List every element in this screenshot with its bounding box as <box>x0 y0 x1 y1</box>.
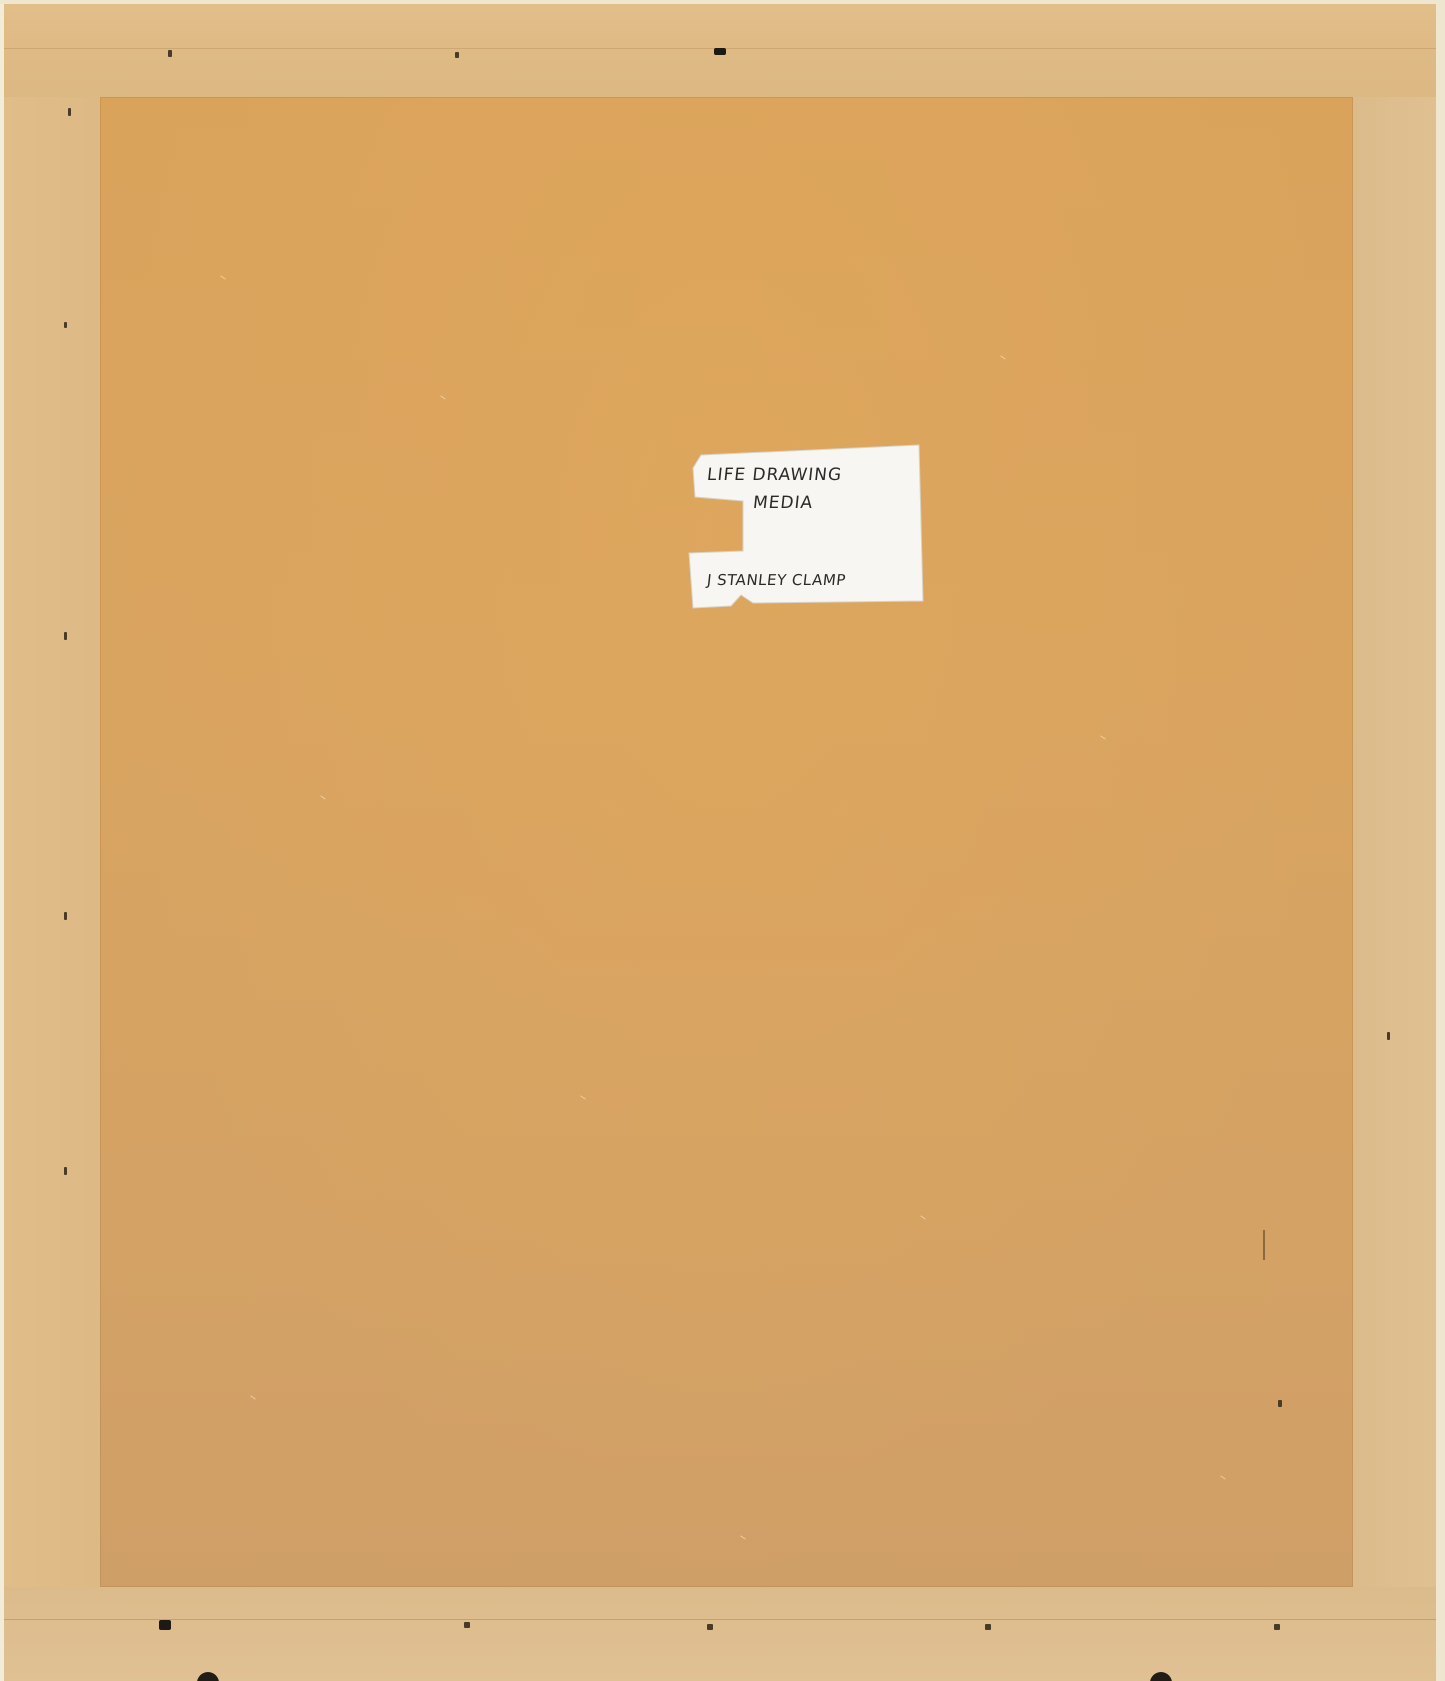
tape-seam <box>4 1619 1436 1620</box>
fiber-fleck <box>740 1535 745 1539</box>
tack <box>64 322 67 328</box>
label-medium: MEDIA <box>752 493 814 513</box>
tack <box>1274 1624 1280 1630</box>
fiber-fleck <box>220 275 225 279</box>
handwritten-label: LIFE DRAWING MEDIA J STANLEY CLAMP <box>683 443 925 610</box>
fiber-fleck <box>1100 735 1105 739</box>
tack <box>64 632 67 640</box>
tack <box>1278 1400 1282 1407</box>
fiber-fleck <box>250 1395 255 1399</box>
hardboard-backing <box>100 97 1353 1587</box>
fiber-fleck <box>320 795 325 799</box>
tack <box>64 1167 67 1175</box>
artwork-back-photo: LIFE DRAWING MEDIA J STANLEY CLAMP <box>0 0 1445 1681</box>
tack <box>707 1624 713 1630</box>
tack <box>464 1622 470 1628</box>
frame-clip <box>159 1620 171 1630</box>
label-artist: J STANLEY CLAMP <box>706 571 847 589</box>
tape-left <box>4 97 100 1587</box>
right-edge-strip <box>1436 0 1445 1681</box>
tack <box>1387 1032 1390 1040</box>
tack <box>455 52 459 58</box>
fiber-fleck <box>440 395 445 399</box>
tape-bottom <box>4 1587 1436 1681</box>
pencil-mark <box>1263 1230 1268 1260</box>
tack <box>68 108 71 116</box>
fiber-fleck <box>1000 355 1005 359</box>
tape-right <box>1353 97 1436 1587</box>
tack <box>168 50 172 57</box>
tack <box>985 1624 991 1630</box>
fiber-fleck <box>1220 1475 1225 1479</box>
frame-clip <box>714 48 726 55</box>
fiber-fleck <box>580 1095 585 1099</box>
tack <box>64 912 67 920</box>
fiber-fleck <box>920 1215 925 1219</box>
label-title: LIFE DRAWING <box>706 465 843 485</box>
